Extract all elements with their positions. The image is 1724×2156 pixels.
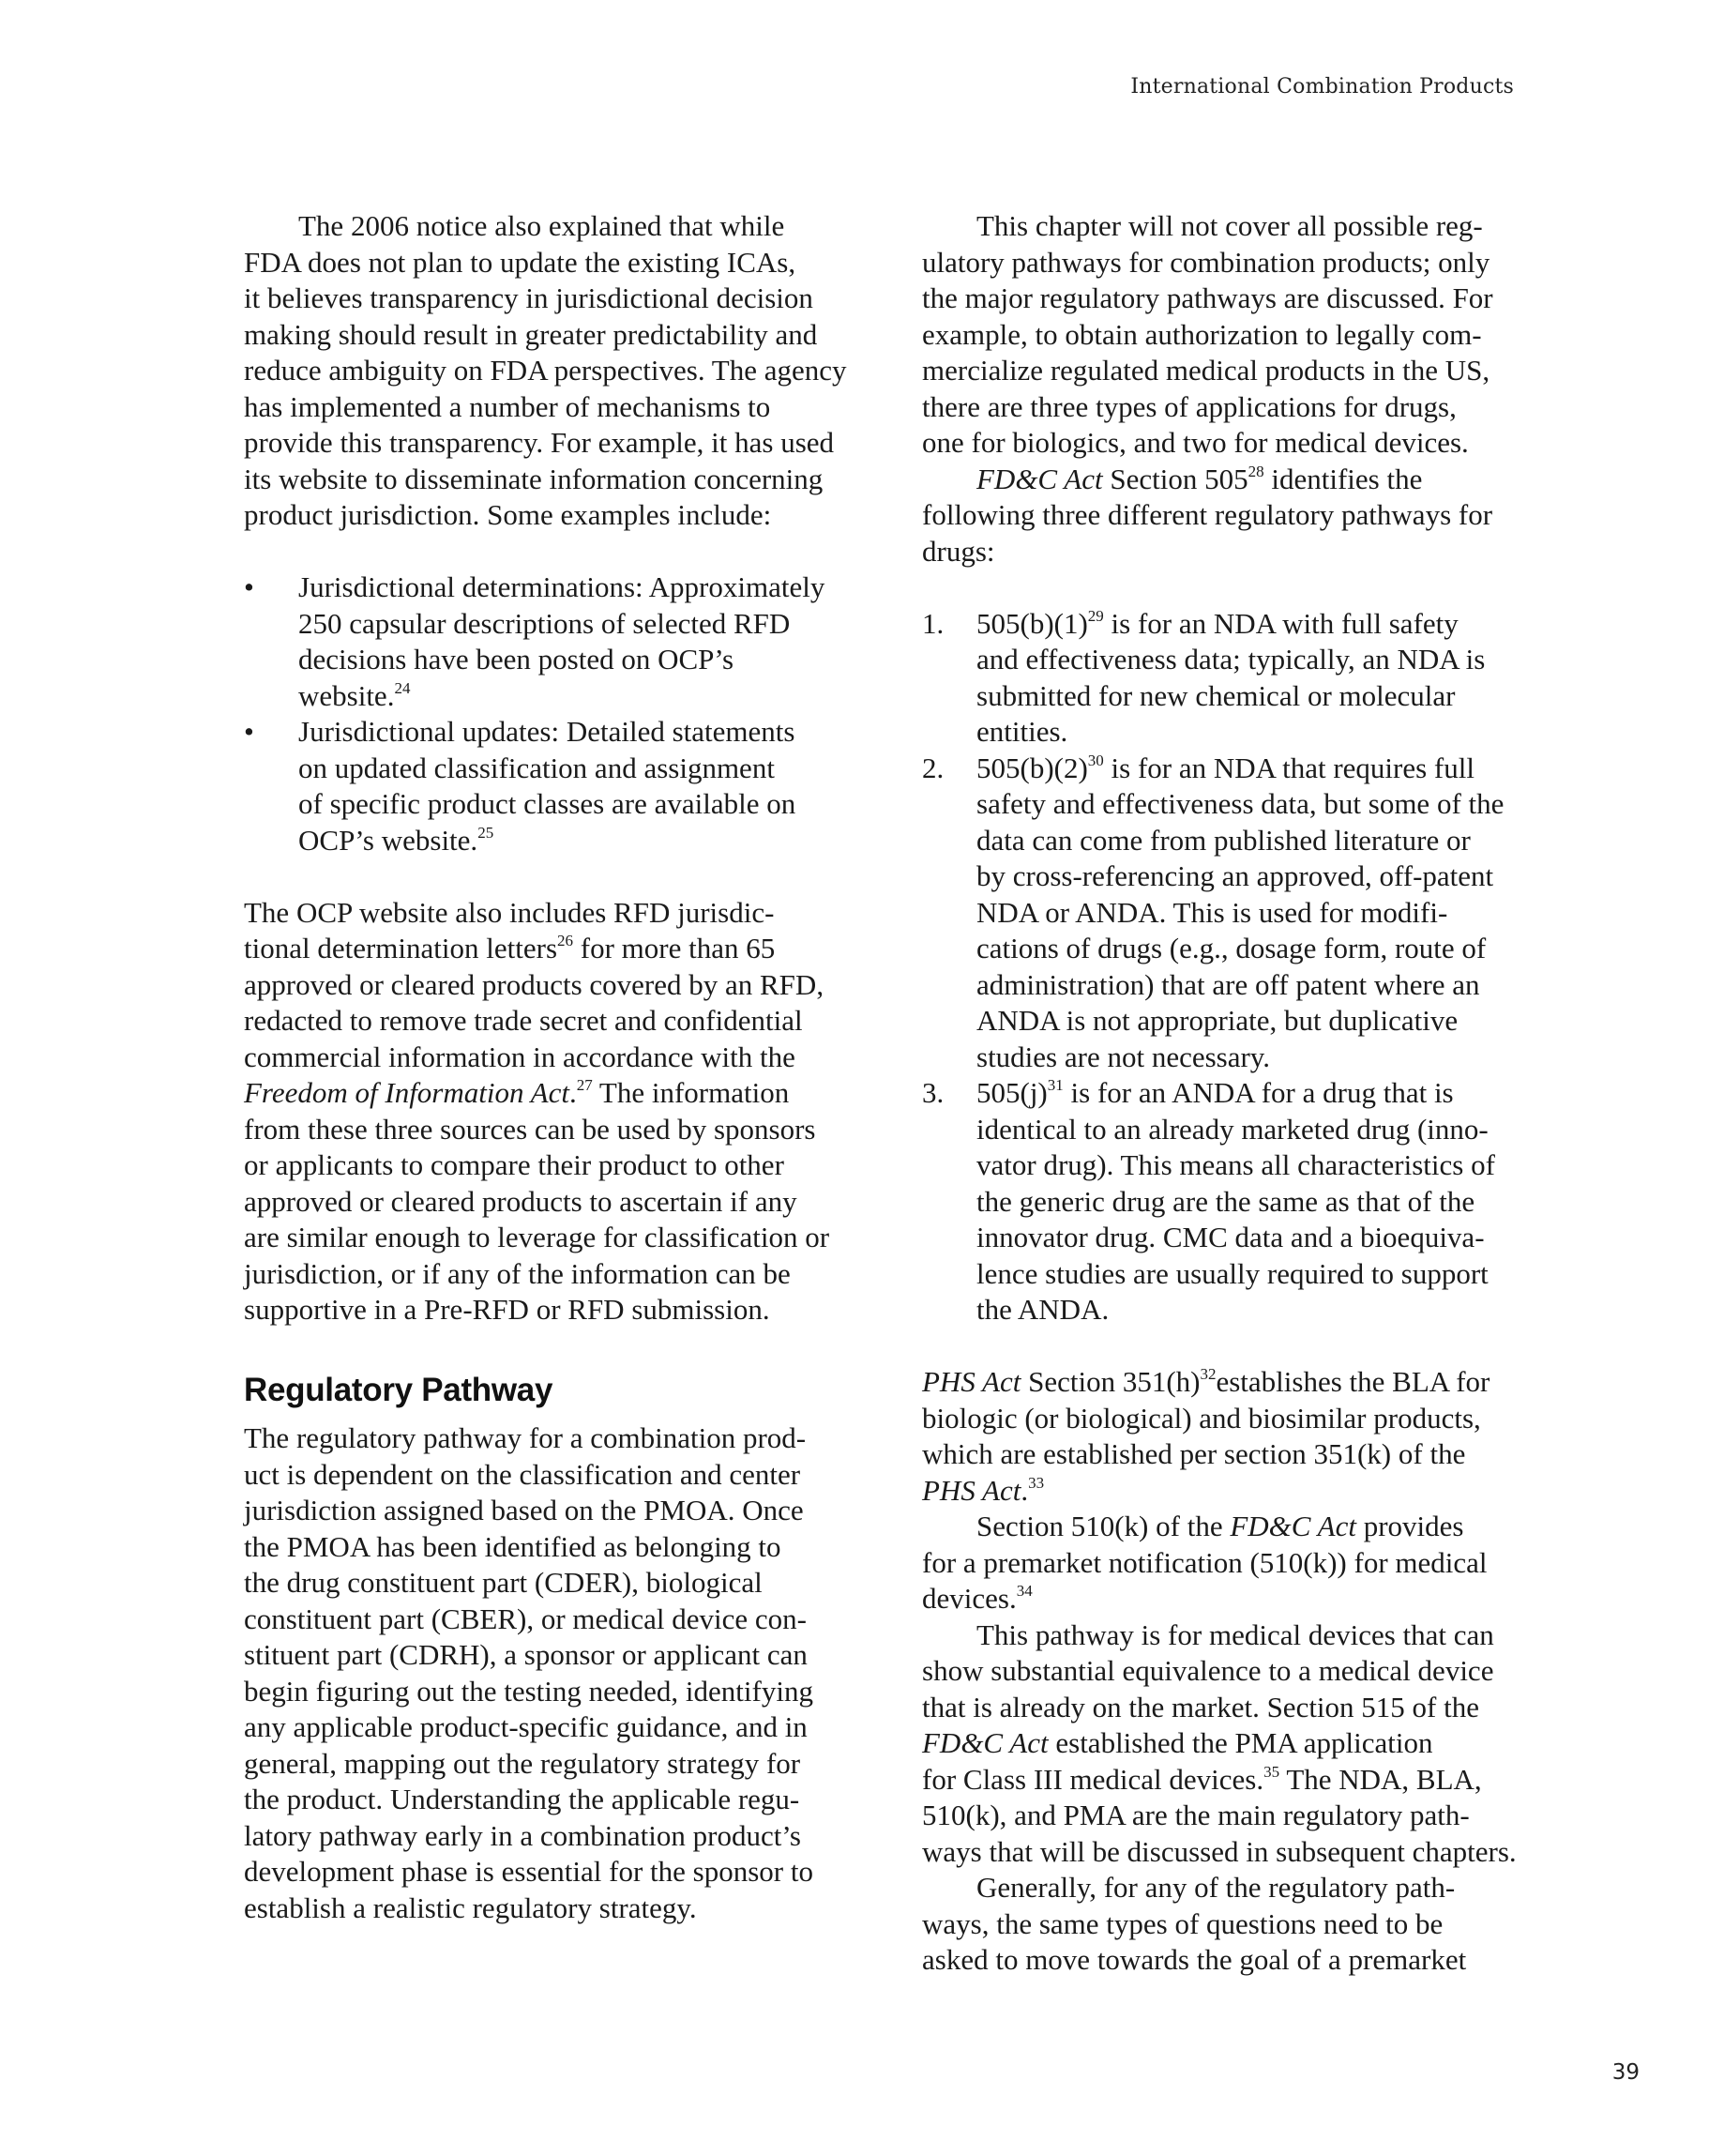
page-number: 39	[1612, 2060, 1640, 2085]
text-line: approved or cleared products to ascertai…	[244, 1184, 797, 1220]
footnote-ref[interactable]: 30	[1088, 752, 1104, 769]
text-line: supportive in a Pre-RFD or RFD submissio…	[244, 1292, 770, 1328]
text-line: jurisdiction, or if any of the informati…	[244, 1256, 791, 1292]
footnote-ref[interactable]: 34	[1017, 1582, 1033, 1600]
text-line: the ANDA.	[976, 1292, 1109, 1328]
text-line: example, to obtain authorization to lega…	[922, 317, 1482, 353]
footnote-ref[interactable]: 28	[1248, 463, 1264, 480]
text-line: devices.34	[922, 1581, 1033, 1617]
text-line: or applicants to compare their product t…	[244, 1147, 784, 1183]
running-header: International Combination Products	[1130, 75, 1514, 99]
text-line: mercialize regulated medical products in…	[922, 353, 1490, 388]
text-line: constituent part (CBER), or medical devi…	[244, 1602, 807, 1637]
text-line: the PMOA has been identified as belongin…	[244, 1529, 781, 1565]
text-line: This pathway is for medical devices that…	[976, 1617, 1494, 1653]
text-line: Jurisdictional updates: Detailed stateme…	[298, 714, 794, 750]
text-line: by cross-referencing an approved, off-pa…	[976, 858, 1493, 894]
text-line: FD&C Act established the PMA application	[922, 1725, 1432, 1761]
text-line: ways, the same types of questions need t…	[922, 1906, 1443, 1942]
text-line: vator drug). This means all characterist…	[976, 1147, 1495, 1183]
text-line: jurisdiction assigned based on the PMOA.…	[244, 1493, 804, 1528]
text-line: begin figuring out the testing needed, i…	[244, 1674, 813, 1709]
text-line: safety and effectiveness data, but some …	[976, 786, 1504, 822]
text-line: provide this transparency. For example, …	[244, 425, 834, 461]
text-line: are similar enough to leverage for class…	[244, 1220, 829, 1255]
text-line: studies are not necessary.	[976, 1040, 1270, 1075]
text-line: Generally, for any of the regulatory pat…	[976, 1870, 1455, 1905]
text-line: ways that will be discussed in subsequen…	[922, 1834, 1517, 1870]
text-line: FDA does not plan to update the existing…	[244, 245, 795, 281]
text-line: commercial information in accordance wit…	[244, 1040, 795, 1075]
bullet-marker: •	[244, 714, 254, 750]
text-line: general, mapping out the regulatory stra…	[244, 1746, 800, 1782]
text-line: the major regulatory pathways are discus…	[922, 281, 1493, 316]
text-line: The 2006 notice also explained that whil…	[298, 208, 784, 244]
text-line: there are three types of applications fo…	[922, 389, 1457, 425]
text-line: stituent part (CDRH), a sponsor or appli…	[244, 1637, 808, 1673]
text-line: one for biologics, and two for medical d…	[922, 425, 1469, 461]
text-line: making should result in greater predicta…	[244, 317, 817, 353]
text-line: that is already on the market. Section 5…	[922, 1690, 1479, 1725]
text-line: asked to move towards the goal of a prem…	[922, 1942, 1466, 1978]
text-line: 505(j)31 is for an ANDA for a drug that …	[976, 1075, 1454, 1111]
text-line: FD&C Act Section 50528 identifies the	[976, 462, 1422, 497]
footnote-ref[interactable]: 32	[1200, 1365, 1216, 1383]
text-line: cations of drugs (e.g., dosage form, rou…	[976, 931, 1486, 966]
text-line: This chapter will not cover all possible…	[976, 208, 1483, 244]
text-line: of specific product classes are availabl…	[298, 786, 795, 822]
text-line: data can come from published literature …	[976, 823, 1471, 858]
text-line: and effectiveness data; typically, an ND…	[976, 642, 1485, 677]
text-line: 505(b)(2)30 is for an NDA that requires …	[976, 751, 1474, 786]
text-line: it believes transparency in jurisdiction…	[244, 281, 813, 316]
text-line: following three different regulatory pat…	[922, 497, 1492, 533]
text-line: its website to disseminate information c…	[244, 462, 823, 497]
text-line: on updated classification and assignment	[298, 751, 775, 786]
text-line: identical to an already marketed drug (i…	[976, 1112, 1489, 1147]
text-line: biologic (or biological) and biosimilar …	[922, 1401, 1481, 1436]
text-line: drugs:	[922, 534, 995, 569]
text-line: product jurisdiction. Some examples incl…	[244, 497, 771, 533]
list-number: 2.	[922, 751, 944, 786]
text-line: website.24	[298, 678, 410, 714]
text-line: tional determination letters26 for more …	[244, 931, 775, 966]
text-line: Freedom of Information Act.27 The inform…	[244, 1075, 789, 1111]
text-line: decisions have been posted on OCP’s	[298, 642, 733, 677]
text-line: reduce ambiguity on FDA perspectives. Th…	[244, 353, 847, 388]
text-line: for Class III medical devices.35 The NDA…	[922, 1762, 1482, 1798]
text-line: establish a realistic regulatory strateg…	[244, 1890, 697, 1926]
text-line: submitted for new chemical or molecular	[976, 678, 1455, 714]
text-line: innovator drug. CMC data and a bioequiva…	[976, 1220, 1485, 1255]
list-number: 1.	[922, 606, 944, 642]
text-line: entities.	[976, 714, 1067, 750]
footnote-ref[interactable]: 33	[1028, 1474, 1044, 1492]
text-line: approved or cleared products covered by …	[244, 967, 824, 1003]
section-heading: Regulatory Pathway	[244, 1372, 552, 1409]
text-line: The regulatory pathway for a combination…	[244, 1420, 806, 1456]
text-line: the product. Understanding the applicabl…	[244, 1782, 799, 1817]
text-line: from these three sources can be used by …	[244, 1112, 816, 1147]
text-line: for a premarket notification (510(k)) fo…	[922, 1545, 1488, 1581]
text-line: ANDA is not appropriate, but duplicative	[976, 1003, 1458, 1039]
footnote-ref[interactable]: 24	[394, 679, 410, 697]
footnote-ref[interactable]: 26	[557, 932, 573, 949]
text-line: ulatory pathways for combination product…	[922, 245, 1490, 281]
footnote-ref[interactable]: 25	[477, 824, 493, 842]
bullet-marker: •	[244, 569, 254, 605]
footnote-ref[interactable]: 35	[1263, 1763, 1279, 1781]
text-line: 250 capsular descriptions of selected RF…	[298, 606, 790, 642]
text-line: any applicable product-specific guidance…	[244, 1709, 808, 1745]
text-line: lence studies are usually required to su…	[976, 1256, 1489, 1292]
text-line: PHS Act Section 351(h)32establishes the …	[922, 1364, 1490, 1400]
text-line: latory pathway early in a combination pr…	[244, 1818, 801, 1854]
text-line: development phase is essential for the s…	[244, 1854, 813, 1890]
text-line: the drug constituent part (CDER), biolog…	[244, 1565, 763, 1601]
text-line: which are established per section 351(k)…	[922, 1436, 1465, 1472]
footnote-ref[interactable]: 31	[1048, 1076, 1064, 1094]
text-line: administration) that are off patent wher…	[976, 967, 1480, 1003]
text-line: OCP’s website.25	[298, 823, 493, 858]
text-line: 510(k), and PMA are the main regulatory …	[922, 1798, 1470, 1833]
text-line: Section 510(k) of the FD&C Act provides	[976, 1509, 1463, 1544]
footnote-ref[interactable]: 27	[577, 1076, 593, 1094]
text-line: NDA or ANDA. This is used for modifi-	[976, 895, 1447, 931]
text-line: the generic drug are the same as that of…	[976, 1184, 1474, 1220]
text-line: redacted to remove trade secret and conf…	[244, 1003, 803, 1039]
list-number: 3.	[922, 1075, 944, 1111]
text-line: uct is dependent on the classification a…	[244, 1457, 800, 1493]
text-line: The OCP website also includes RFD jurisd…	[244, 895, 774, 931]
text-line: has implemented a number of mechanisms t…	[244, 389, 770, 425]
text-line: PHS Act.33	[922, 1473, 1044, 1509]
text-line: 505(b)(1)29 is for an NDA with full safe…	[976, 606, 1459, 642]
text-line: show substantial equivalence to a medica…	[922, 1653, 1493, 1689]
footnote-ref[interactable]: 29	[1088, 607, 1104, 625]
text-line: Jurisdictional determinations: Approxima…	[298, 569, 824, 605]
